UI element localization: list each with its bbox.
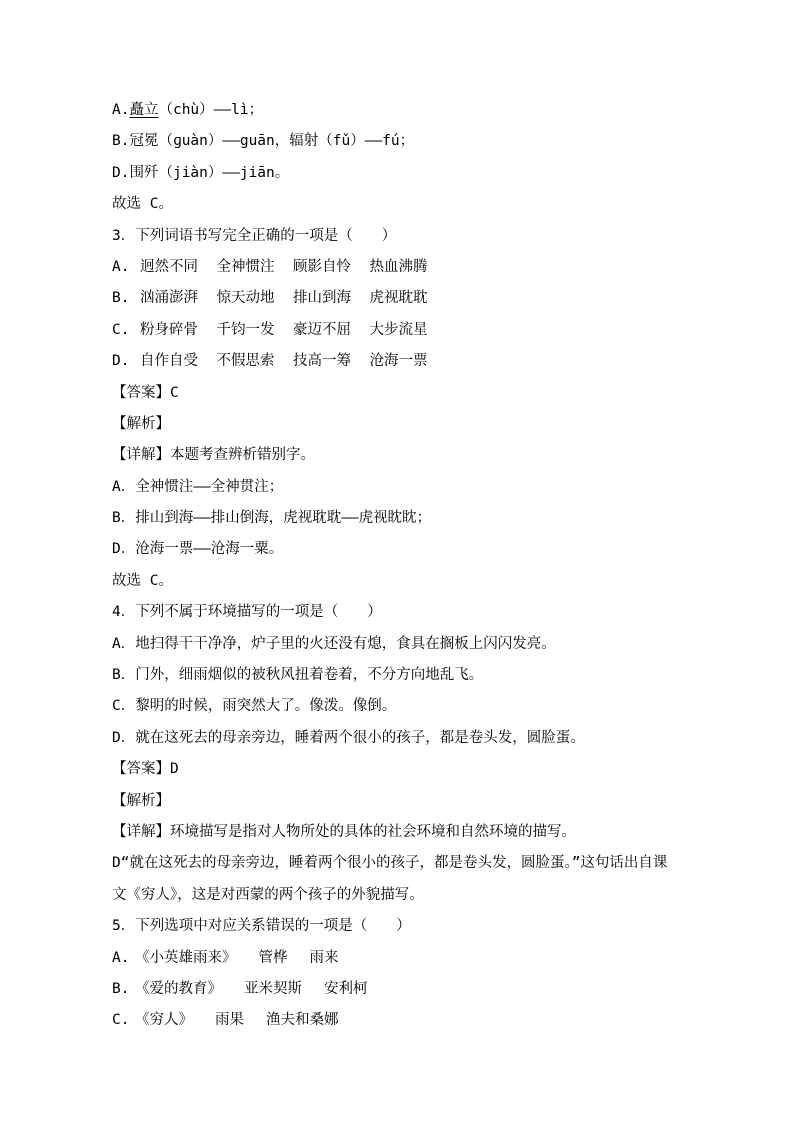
- option-word: 惊天动地: [217, 283, 294, 314]
- q2-option-a-pinyin: （chù）——lì；: [158, 102, 263, 118]
- q3-conclusion: 故选 C。: [112, 566, 714, 597]
- option-letter: B.: [112, 974, 135, 1005]
- answer-label: 【答案】: [112, 761, 170, 777]
- q4-option-c: C．黎明的时候，雨突然大了。像泼。像倒。: [112, 691, 714, 722]
- q4-stem: 4．下列不属于环境描写的一项是（ ）: [112, 597, 714, 628]
- q2-option-a-prefix: A.: [112, 102, 129, 118]
- q4-answer-line: 【答案】D: [112, 754, 714, 785]
- book-author: 管桦: [259, 943, 288, 974]
- option-word: 技高一筹: [293, 346, 370, 377]
- q3-analysis-label: 【解析】: [112, 409, 714, 440]
- q3-correction-a: A．全神惯注——全神贯注；: [112, 472, 714, 503]
- q4-explanation-line-2: 文《穷人》，这是对西蒙的两个孩子的外貌描写。: [112, 880, 714, 911]
- q5-option-row-b: B. 《爱的教育》 亚米契斯 安利柯: [112, 974, 714, 1005]
- q3-stem: 3．下列词语书写完全正确的一项是（ ）: [112, 221, 714, 252]
- q3-answer-line: 【答案】C: [112, 378, 714, 409]
- q4-option-d: D．就在这死去的母亲旁边，睡着两个很小的孩子，都是卷头发，圆脸蛋。: [112, 723, 714, 754]
- q3-option-row-c: C. 粉身碎骨 千钧一发 豪迈不屈 大步流星: [112, 315, 714, 346]
- option-word: 迥然不同: [140, 252, 217, 283]
- q2-explanation-option-a: A.矗立（chù）——lì；: [112, 95, 714, 126]
- option-word: 沧海一票: [370, 346, 447, 377]
- option-word: 汹涌澎湃: [140, 283, 217, 314]
- q2-conclusion: 故选 C。: [112, 189, 714, 220]
- book-character: 雨来: [310, 943, 339, 974]
- option-word: 顾影自怜: [293, 252, 370, 283]
- book-title: 《小英雄雨来》: [135, 943, 237, 974]
- option-letter: C.: [112, 1005, 135, 1036]
- answer-value: C: [170, 385, 179, 401]
- option-word: 虎视耽耽: [370, 283, 447, 314]
- option-word: 豪迈不屈: [293, 315, 370, 346]
- option-word: 大步流星: [370, 315, 447, 346]
- q4-explanation-line-1: D“就在这死去的母亲旁边，睡着两个很小的孩子，都是卷头发，圆脸蛋。”这句话出自课: [112, 848, 714, 879]
- book-title: 《穷人》: [135, 1005, 193, 1036]
- option-word: 排山到海: [293, 283, 370, 314]
- q3-option-row-b: B. 汹涌澎湃 惊天动地 排山到海 虎视耽耽: [112, 283, 714, 314]
- q3-option-row-a: A. 迥然不同 全神惯注 顾影自怜 热血沸腾: [112, 252, 714, 283]
- option-word: 自作自受: [140, 346, 217, 377]
- exam-document-page: A.矗立（chù）——lì； B.冠冕（ɡuàn）——guān，辐射（fǔ）——…: [0, 0, 794, 1123]
- answer-label: 【答案】: [112, 385, 170, 401]
- option-letter: D.: [112, 346, 140, 377]
- option-letter: A.: [112, 252, 140, 283]
- option-word: 全神惯注: [217, 252, 294, 283]
- q4-detail: 【详解】环境描写是指对人物所处的具体的社会环境和自然环境的描写。: [112, 817, 714, 848]
- q3-detail: 【详解】本题考查辨析错别字。: [112, 440, 714, 471]
- book-character: 安利柯: [324, 974, 368, 1005]
- q4-analysis-label: 【解析】: [112, 786, 714, 817]
- q2-explanation-option-b: B.冠冕（ɡuàn）——guān，辐射（fǔ）——fú；: [112, 126, 714, 157]
- book-title: 《爱的教育》: [135, 974, 222, 1005]
- q2-explanation-option-d: D.围歼（jiàn）——jiān。: [112, 158, 714, 189]
- book-author: 雨果: [215, 1005, 244, 1036]
- book-character: 渔夫和桑娜: [266, 1005, 339, 1036]
- answer-value: D: [170, 761, 179, 777]
- q4-option-a: A．地扫得干干净净，炉子里的火还没有熄，食具在搁板上闪闪发亮。: [112, 629, 714, 660]
- q5-stem: 5．下列选项中对应关系错误的一项是（ ）: [112, 911, 714, 942]
- q3-option-row-d: D. 自作自受 不假思索 技高一筹 沧海一票: [112, 346, 714, 377]
- option-letter: C.: [112, 315, 140, 346]
- q5-option-row-c: C. 《穷人》 雨果 渔夫和桑娜: [112, 1005, 714, 1036]
- q3-correction-b: B．排山到海——排山倒海，虎视耽耽——虎视眈眈；: [112, 503, 714, 534]
- option-letter: B.: [112, 283, 140, 314]
- option-word: 不假思索: [217, 346, 294, 377]
- book-author: 亚米契斯: [244, 974, 302, 1005]
- option-word: 热血沸腾: [370, 252, 447, 283]
- q3-correction-d: D．沧海一票——沧海一粟。: [112, 534, 714, 565]
- q2-option-a-underlined-word: 矗立: [129, 102, 158, 118]
- q4-option-b: B．门外，细雨烟似的被秋风扭着卷着，不分方向地乱飞。: [112, 660, 714, 691]
- option-word: 千钧一发: [217, 315, 294, 346]
- option-letter: A.: [112, 943, 135, 974]
- option-word: 粉身碎骨: [140, 315, 217, 346]
- q5-option-row-a: A. 《小英雄雨来》 管桦 雨来: [112, 943, 714, 974]
